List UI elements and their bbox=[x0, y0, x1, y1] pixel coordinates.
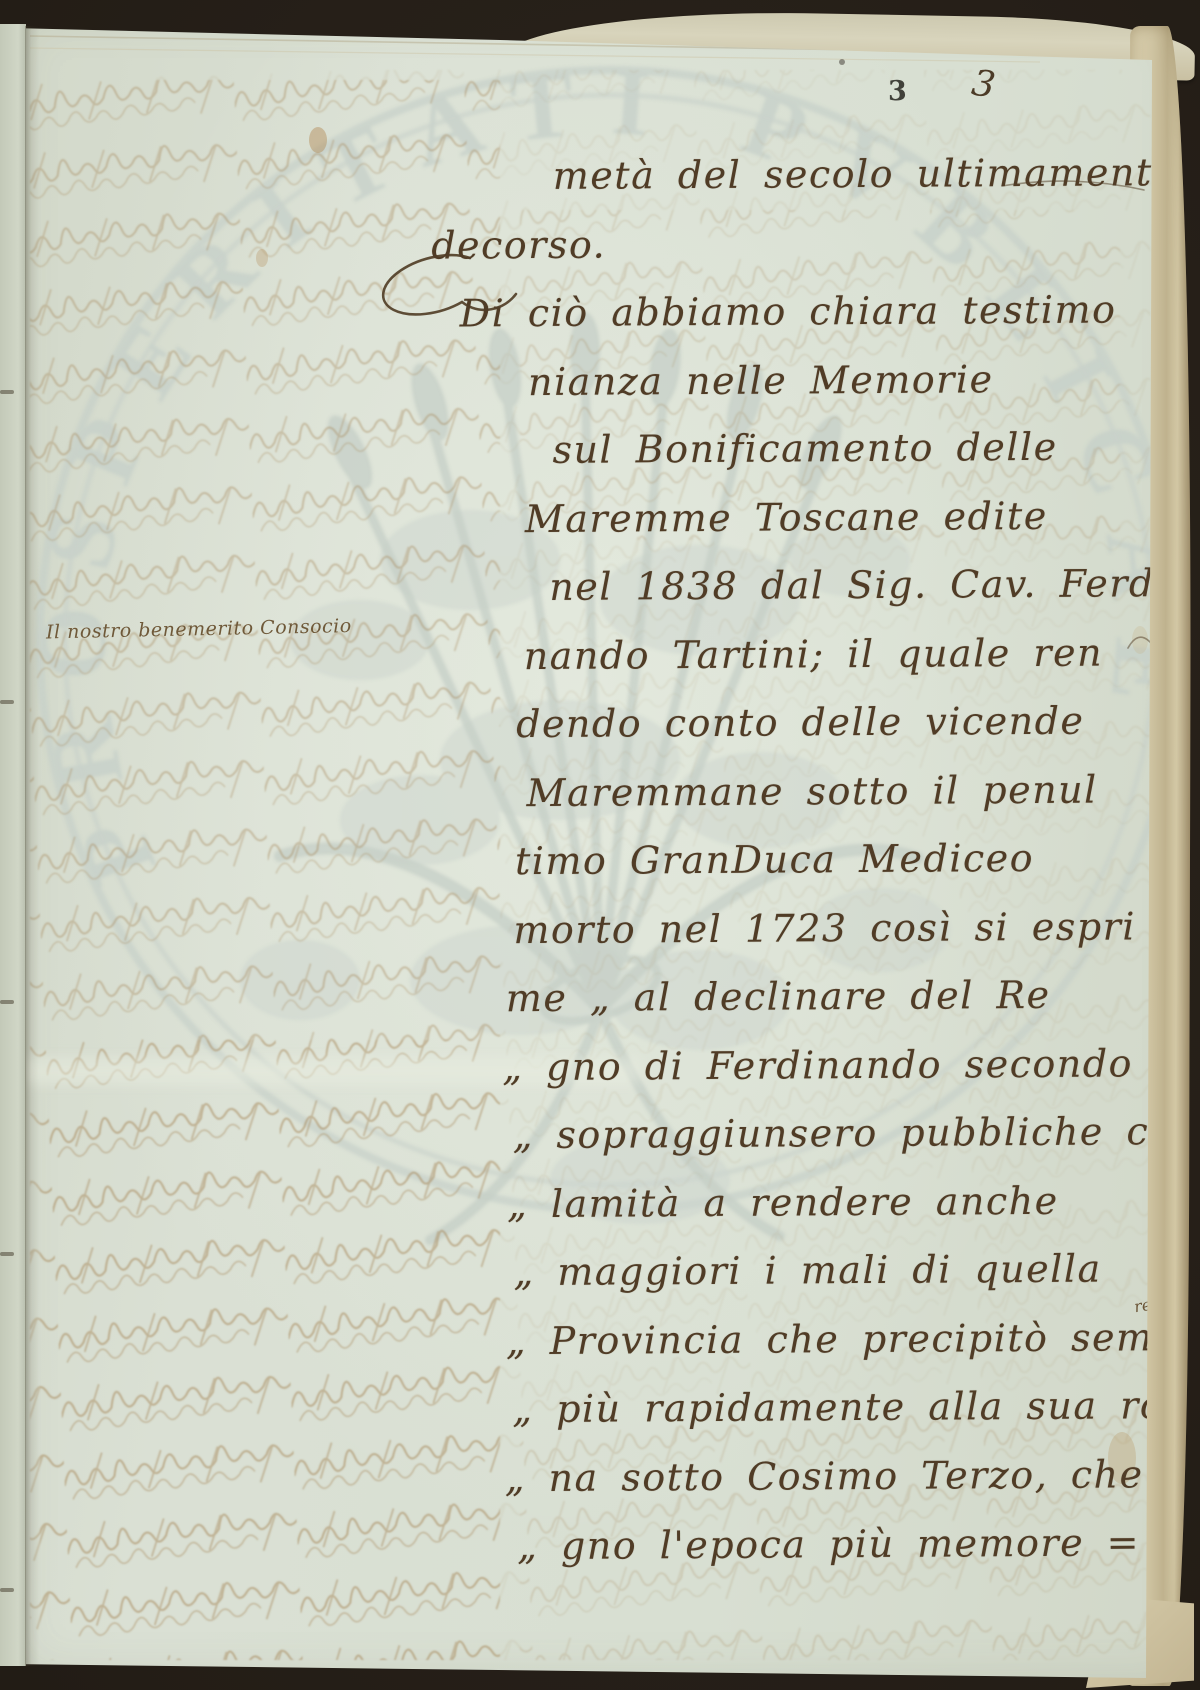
binding-stitch bbox=[0, 390, 14, 394]
binding-stitch bbox=[0, 1000, 14, 1004]
manuscript-line: „ maggiori i mali di quella bbox=[513, 1234, 1200, 1307]
manuscript-line: „ na sotto Cosimo Terzo, che se bbox=[505, 1439, 1200, 1512]
manuscript-line: „ gno di Ferdinando secondo bbox=[502, 1028, 1200, 1101]
binding-stub bbox=[0, 24, 26, 1666]
manuscript-page: PROSPERITATI PVBLICAE bbox=[0, 0, 1200, 1690]
manuscript-line: Maremmane sotto il penul bbox=[526, 754, 1200, 827]
manuscript-line: Di ciò abbiamo chiara testimo bbox=[459, 275, 1200, 348]
manuscript-line: Maremme Toscane edite bbox=[525, 480, 1200, 553]
manuscript-text: metà del secolo ultimamentedecorso.Di ci… bbox=[511, 138, 1200, 1581]
manuscript-line: morto nel 1723 così si espri bbox=[513, 891, 1200, 964]
gutter-crease bbox=[25, 26, 39, 1666]
manuscript-line: nel 1838 dal Sig. Cav. Ferdi bbox=[549, 549, 1200, 622]
binding-stitch bbox=[0, 1252, 14, 1256]
manuscript-line: dendo conto delle vicende bbox=[516, 686, 1200, 759]
manuscript-line: decorso. bbox=[431, 206, 1200, 279]
manuscript-line: „ più rapidamente alla sua rovi bbox=[512, 1371, 1200, 1444]
manuscript-line: „ sopraggiunsero pubbliche ca bbox=[512, 1097, 1200, 1170]
manuscript-line: me „ al declinare del Re bbox=[506, 960, 1200, 1033]
manuscript-line: „ Provincia che precipitò sempre bbox=[506, 1302, 1200, 1375]
manuscript-line: sul Bonificamento delle bbox=[552, 412, 1200, 485]
page-number-printed: 3 bbox=[888, 76, 908, 107]
manuscript-line: metà del secolo ultimamente bbox=[553, 138, 1200, 211]
manuscript-scan: PROSPERITATI PVBLICAE bbox=[0, 0, 1200, 1690]
manuscript-line: „ gno l'epoca più memore = bbox=[517, 1508, 1200, 1581]
manuscript-line: „ lamità a rendere anche bbox=[507, 1165, 1200, 1238]
binding-stitch bbox=[0, 1588, 14, 1592]
binding-stitch bbox=[0, 700, 14, 704]
manuscript-line: nianza nelle Memorie bbox=[528, 343, 1200, 416]
manuscript-line: timo GranDuca Mediceo bbox=[515, 823, 1200, 896]
manuscript-line: nando Tartini; il quale ren bbox=[524, 617, 1200, 690]
